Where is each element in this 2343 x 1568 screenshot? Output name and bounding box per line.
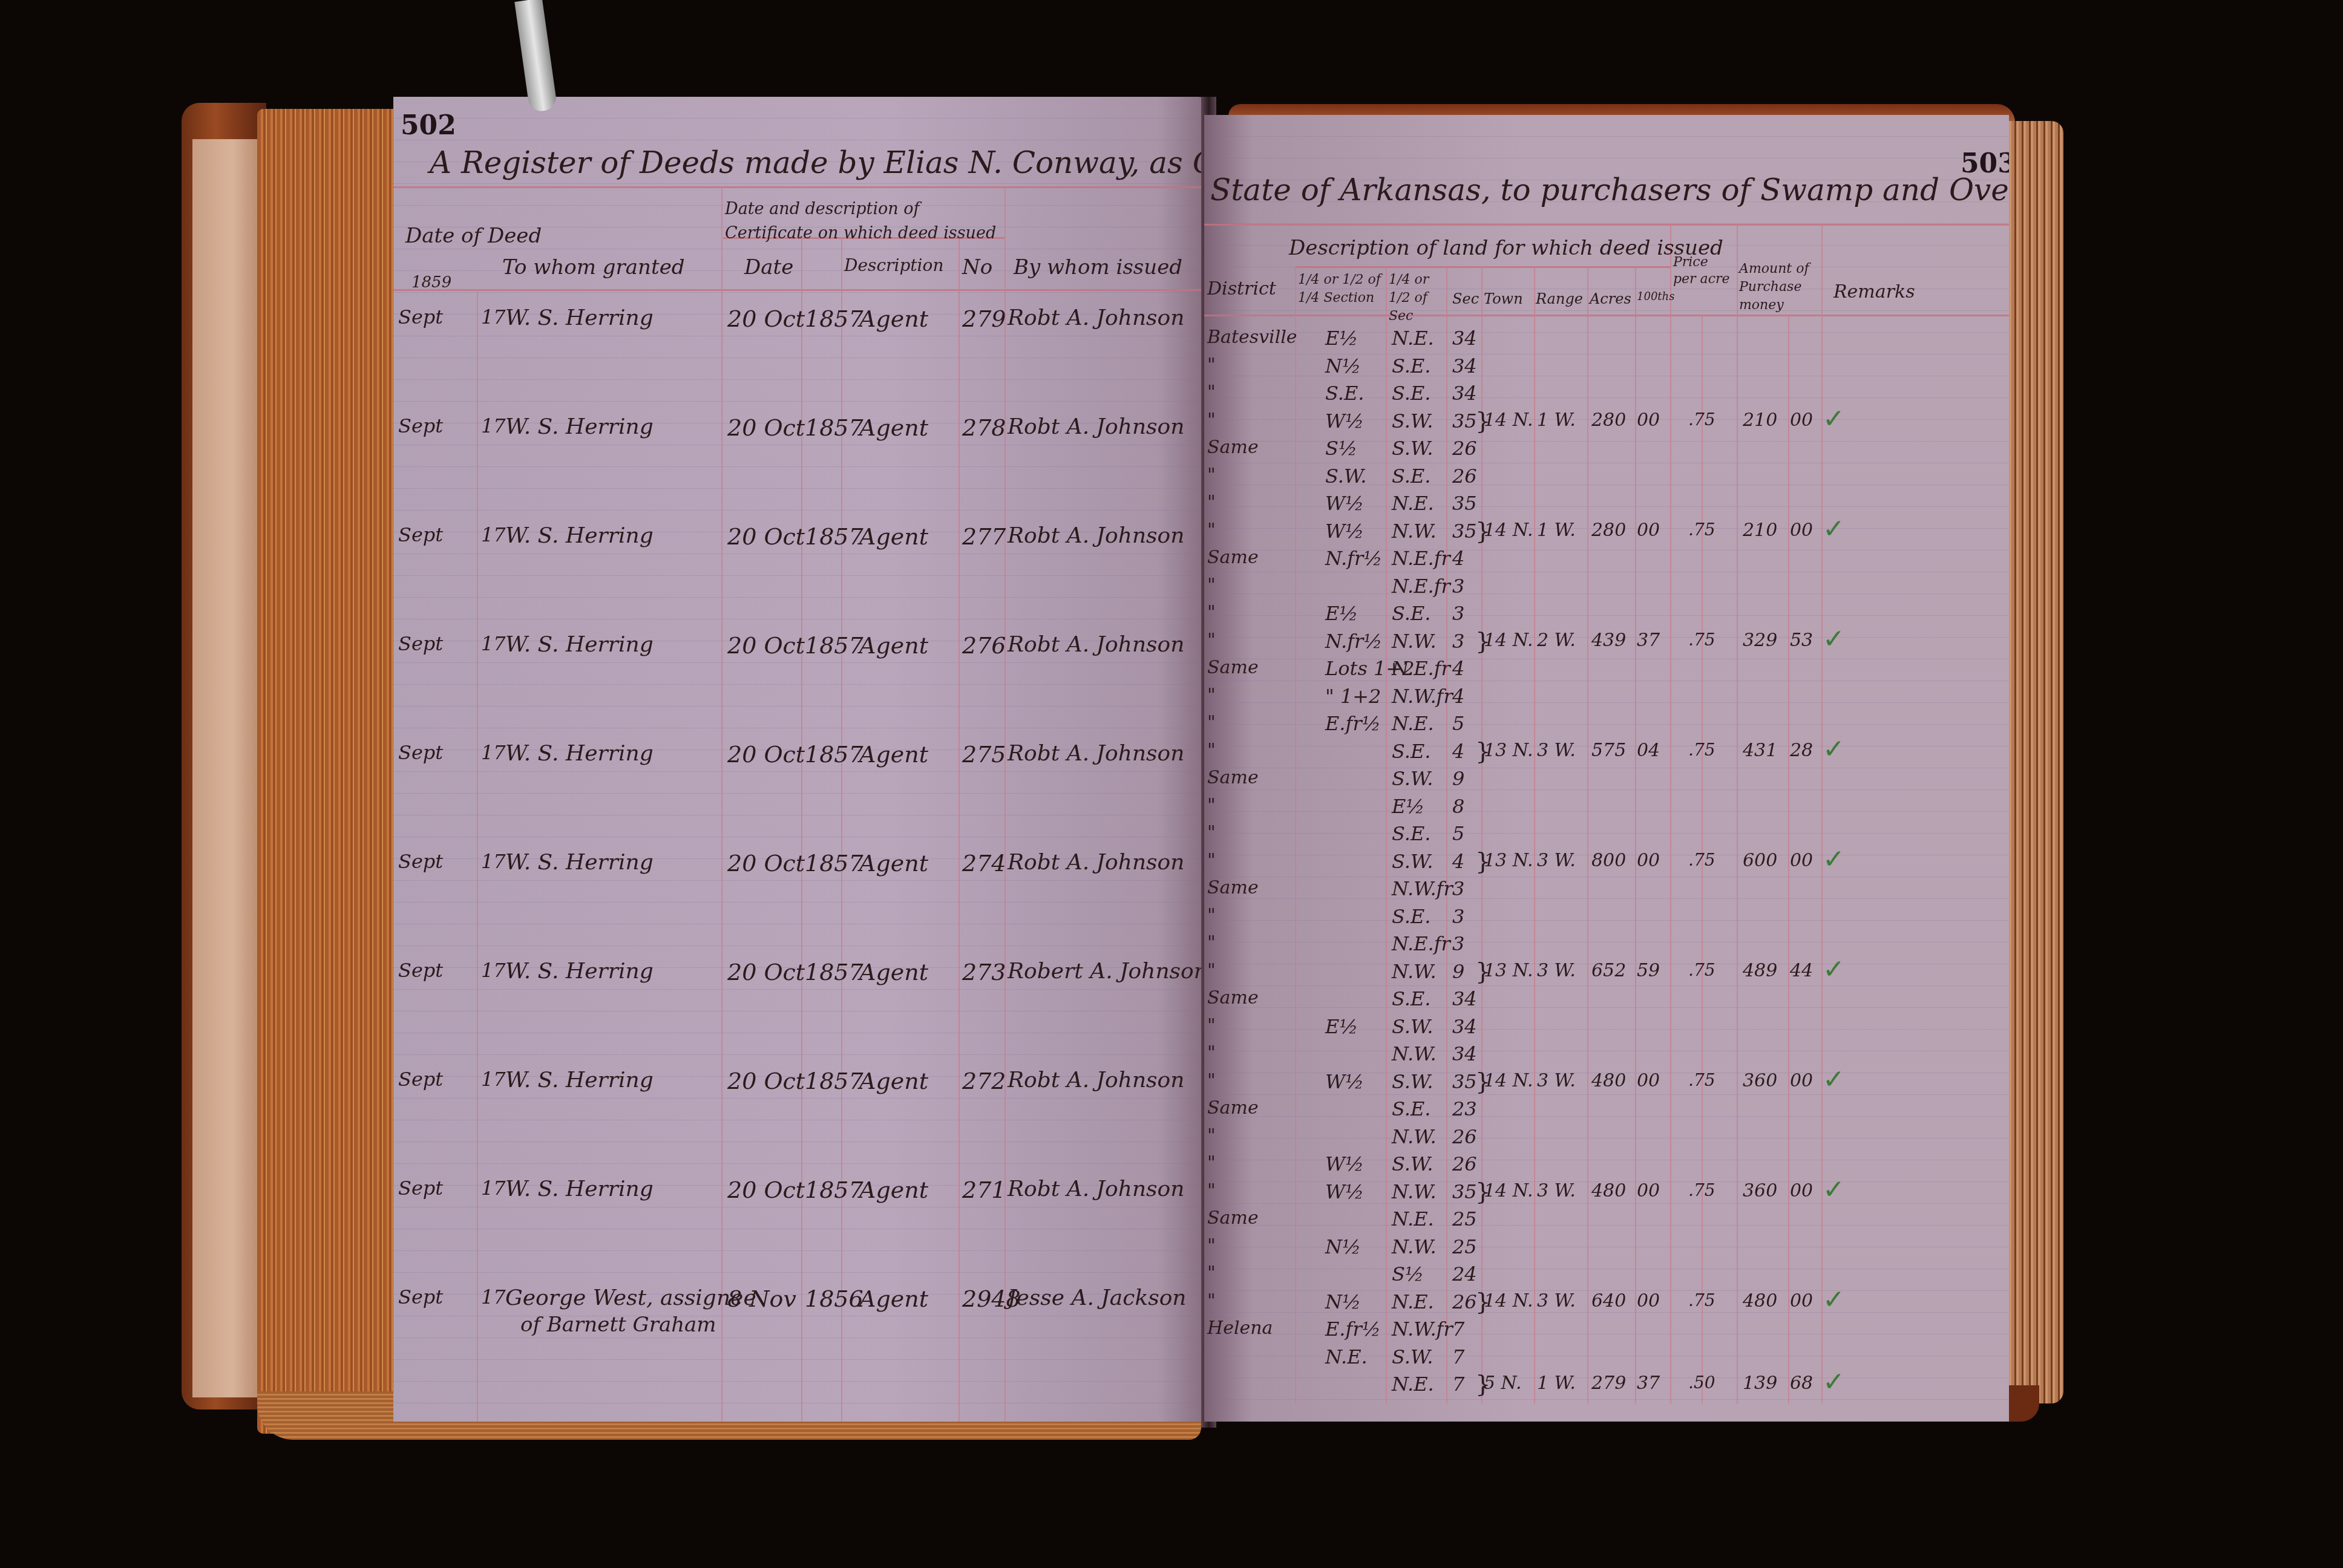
line-quarter: S.E. [1392, 905, 1430, 928]
entry-issued-by: Robert A. Johnson [1008, 959, 1208, 984]
entry-cert-date: 20 Oct [727, 741, 805, 768]
col-divider [1481, 266, 1483, 1403]
header-description: Description [844, 255, 943, 275]
entry-day: 17 [481, 741, 506, 764]
header-district: District [1207, 278, 1276, 299]
line-district: " [1207, 795, 1216, 816]
line-part-of-section: N½ [1325, 1290, 1361, 1313]
line-quarter: N.E. [1392, 492, 1434, 515]
header-part-of-section: 1/4 or 1/2 of 1/4 Section [1298, 271, 1383, 307]
line-district: Batesville [1207, 327, 1297, 348]
line-part-of-section: E.fr½ [1325, 712, 1381, 735]
line-quarter: N.W.fr [1392, 877, 1453, 900]
line-section: 4 [1452, 657, 1464, 680]
line-quarter: S½ [1392, 1263, 1424, 1285]
line-quarter: S.W. [1392, 1152, 1433, 1175]
header-certificate-group: Date and description of Certificate on w… [725, 197, 1003, 246]
line-part-of-section: N½ [1325, 1235, 1361, 1258]
line-hundredths: 59 [1637, 960, 1660, 981]
line-range: 3 W. [1537, 850, 1576, 871]
entry-month: Sept [398, 1285, 443, 1308]
line-price-per-acre: .75 [1688, 1290, 1715, 1310]
line-quarter: N.E.fr [1392, 932, 1450, 955]
line-check-mark: ✓ [1823, 734, 1845, 765]
line-district: " [1207, 354, 1216, 376]
line-district: " [1207, 1235, 1216, 1256]
col-divider [1446, 266, 1447, 1403]
entry-month: Sept [398, 741, 443, 764]
line-section: 26 [1452, 437, 1477, 460]
line-check-mark: ✓ [1823, 1174, 1845, 1205]
header-date-of-deed: Date of Deed [405, 224, 542, 248]
line-district: Helena [1207, 1318, 1273, 1339]
line-section: 35 [1452, 520, 1477, 543]
line-section: 5 [1452, 712, 1464, 735]
line-acres: 480 [1591, 1180, 1626, 1201]
header-by-whom-issued: By whom issued [1014, 255, 1182, 279]
grouping-brace: } [1475, 1068, 1490, 1096]
line-acres: 640 [1591, 1290, 1626, 1312]
line-section: 4 [1452, 547, 1464, 570]
right-page: 503 State of Arkansas, to purchasers of … [1204, 115, 2009, 1422]
line-district: " [1207, 492, 1216, 513]
line-quarter: S.W. [1392, 850, 1433, 873]
line-range: 3 W. [1537, 1290, 1576, 1312]
entry-cert-date: 20 Oct [727, 305, 805, 332]
entry-description: Agent [859, 632, 928, 659]
line-quarter: N.E.fr [1392, 547, 1450, 570]
header-rule [393, 186, 1216, 188]
line-price-per-acre: .75 [1688, 1070, 1715, 1090]
entry-number: 275 [962, 741, 1006, 768]
entry-description: Agent [859, 1177, 928, 1203]
line-quarter: S.W. [1392, 437, 1433, 460]
header-year: 1859 [411, 273, 451, 292]
header-to-whom-granted: To whom granted [502, 255, 685, 279]
entry-cert-year: 1857 [805, 959, 863, 985]
line-section: 34 [1452, 987, 1477, 1010]
grouping-brace: } [1475, 627, 1490, 655]
line-acres: 800 [1591, 850, 1626, 871]
line-range: 3 W. [1537, 960, 1576, 981]
grouping-brace: } [1475, 407, 1490, 435]
line-district: " [1207, 1070, 1216, 1091]
line-part-of-section: W½ [1325, 1152, 1364, 1175]
line-check-mark: ✓ [1823, 1284, 1845, 1315]
col-divider [1821, 224, 1823, 1403]
line-check-mark: ✓ [1823, 1064, 1845, 1095]
entry-day: 17 [481, 305, 506, 328]
line-section: 3 [1452, 905, 1464, 928]
line-section: 8 [1452, 795, 1464, 818]
line-part-of-section: S.E. [1325, 382, 1364, 405]
line-price-per-acre: .75 [1688, 1180, 1715, 1200]
line-town: 13 N. [1484, 960, 1533, 981]
line-hundredths: 37 [1637, 630, 1660, 651]
col-divider [1788, 315, 1789, 1403]
entry-number: 274 [962, 850, 1006, 877]
entry-issued-by: Robt A. Johnson [1008, 850, 1184, 875]
line-quarter: S.E. [1392, 465, 1430, 488]
line-acres: 575 [1591, 740, 1626, 761]
line-quarter: N.W. [1392, 1125, 1437, 1148]
line-hundredths: 00 [1637, 1070, 1660, 1091]
entry-day: 17 [481, 1285, 506, 1308]
entry-description: Agent [859, 741, 928, 768]
line-quarter: S.E. [1392, 987, 1430, 1010]
line-part-of-section: N.E. [1325, 1345, 1368, 1368]
line-cents: 44 [1790, 960, 1813, 981]
entry-month: Sept [398, 523, 443, 546]
line-town: 14 N. [1484, 410, 1533, 431]
grouping-brace: } [1475, 517, 1490, 545]
col-divider [1670, 224, 1671, 1403]
line-acres: 279 [1591, 1373, 1626, 1394]
line-district: Same [1207, 877, 1259, 898]
entry-month: Sept [398, 1177, 443, 1200]
line-quarter: N.W. [1392, 1235, 1437, 1258]
col-divider [1587, 266, 1588, 1403]
header-rule [1204, 224, 2009, 226]
header-acres: Acres [1590, 290, 1631, 307]
entry-cert-date: 20 Oct [727, 632, 805, 659]
line-district: Same [1207, 1207, 1259, 1229]
line-town: 14 N. [1484, 1290, 1533, 1312]
line-amount: 329 [1743, 630, 1777, 651]
line-cents: 53 [1790, 630, 1813, 651]
entry-day: 17 [481, 414, 506, 437]
line-section: 26 [1452, 1152, 1477, 1175]
line-section: 35 [1452, 410, 1477, 433]
line-quarter: N.E. [1392, 1207, 1434, 1230]
col-divider [1004, 186, 1006, 1422]
entry-grantee: George West, assignee [505, 1285, 756, 1310]
entry-grantee: W. S. Herring [505, 741, 654, 766]
entry-issued-by: Robt A. Johnson [1008, 632, 1184, 657]
line-part-of-section: E½ [1325, 327, 1358, 350]
line-part-of-section: N.fr½ [1325, 630, 1382, 653]
entry-month: Sept [398, 1068, 443, 1091]
col-divider [1534, 266, 1535, 1403]
line-district: " [1207, 1180, 1216, 1201]
entry-description: Agent [859, 1068, 928, 1094]
line-section: 4 [1452, 850, 1464, 873]
line-district: " [1207, 1042, 1216, 1063]
header-land-group: Description of land for which deed issue… [1289, 236, 1723, 260]
entry-issued-by: Robt A. Johnson [1008, 1177, 1184, 1201]
line-amount: 600 [1743, 850, 1777, 871]
entry-day: 17 [481, 632, 506, 655]
line-part-of-section: W½ [1325, 492, 1364, 515]
line-section: 34 [1452, 327, 1477, 350]
page-number: 502 [401, 110, 456, 141]
entry-cert-date: 20 Oct [727, 1177, 805, 1203]
entry-issued-by: Robt A. Johnson [1008, 305, 1184, 330]
grouping-brace: } [1475, 848, 1490, 875]
entry-cert-date: 20 Oct [727, 414, 805, 441]
entry-day: 17 [481, 1177, 506, 1200]
line-cents: 68 [1790, 1373, 1813, 1394]
line-range: 1 W. [1537, 410, 1576, 431]
line-check-mark: ✓ [1823, 403, 1845, 434]
line-district: " [1207, 1152, 1216, 1174]
entry-day: 17 [481, 850, 506, 873]
line-district: Same [1207, 437, 1259, 458]
entry-month: Sept [398, 632, 443, 655]
line-district: " [1207, 685, 1216, 706]
entry-day: 17 [481, 959, 506, 982]
entry-grantee: W. S. Herring [505, 1068, 654, 1093]
header-range: Range [1536, 290, 1583, 307]
line-acres: 439 [1591, 630, 1626, 651]
entry-issued-by: Robt A. Johnson [1008, 414, 1184, 439]
line-section: 4 [1452, 685, 1464, 708]
line-section: 34 [1452, 354, 1477, 377]
entry-number: 271 [962, 1177, 1006, 1203]
line-hundredths: 00 [1637, 410, 1660, 431]
line-district: " [1207, 850, 1216, 871]
line-cents: 00 [1790, 1180, 1813, 1201]
line-quarter: S.W. [1392, 1015, 1433, 1038]
grouping-brace: } [1475, 1370, 1490, 1398]
line-quarter: S.E. [1392, 822, 1430, 845]
line-price-per-acre: .75 [1688, 410, 1715, 430]
entry-number: 276 [962, 632, 1006, 659]
line-district: " [1207, 1125, 1216, 1146]
line-section: 5 [1452, 822, 1464, 845]
line-district: " [1207, 1290, 1216, 1312]
grouping-brace: } [1475, 1178, 1490, 1206]
line-check-mark: ✓ [1823, 1367, 1845, 1397]
line-quarter: N.W. [1392, 520, 1437, 543]
line-district: " [1207, 905, 1216, 926]
col-divider [477, 289, 478, 1422]
line-range: 1 W. [1537, 520, 1576, 541]
line-part-of-section: S½ [1325, 437, 1357, 460]
line-district: " [1207, 465, 1216, 486]
entry-grantee: W. S. Herring [505, 850, 654, 875]
entry-number: 279 [962, 305, 1006, 332]
line-acres: 280 [1591, 410, 1626, 431]
line-district: " [1207, 575, 1216, 596]
line-town: 14 N. [1484, 1180, 1533, 1201]
line-amount: 489 [1743, 960, 1777, 981]
entry-cert-year: 1857 [805, 850, 863, 877]
entry-issued-by: Jesse A. Jackson [1008, 1285, 1187, 1310]
col-divider [958, 237, 960, 1422]
line-price-per-acre: .50 [1688, 1373, 1715, 1393]
line-section: 35 [1452, 1180, 1477, 1203]
left-page: 502 A Register of Deeds made by Elias N.… [393, 97, 1216, 1422]
grouping-brace: } [1475, 958, 1490, 985]
line-section: 3 [1452, 630, 1464, 653]
line-part-of-section: W½ [1325, 520, 1364, 543]
line-section: 3 [1452, 877, 1464, 900]
entry-cert-year: 1857 [805, 414, 863, 441]
header-remarks: Remarks [1833, 281, 1915, 302]
line-cents: 00 [1790, 520, 1813, 541]
line-district: " [1207, 932, 1216, 953]
col-divider [1635, 266, 1636, 1403]
line-hundredths: 00 [1637, 850, 1660, 871]
entry-issued-by: Robt A. Johnson [1008, 1068, 1184, 1093]
entry-number: 277 [962, 523, 1006, 550]
line-check-mark: ✓ [1823, 624, 1845, 655]
line-amount: 480 [1743, 1290, 1777, 1312]
line-quarter: S.E. [1392, 354, 1430, 377]
page-title: State of Arkansas, to purchasers of Swam… [1210, 172, 2009, 207]
line-district: " [1207, 410, 1216, 431]
line-district: " [1207, 602, 1216, 623]
entry-grantee: W. S. Herring [505, 959, 654, 984]
line-town: 14 N. [1484, 630, 1533, 651]
entry-month: Sept [398, 305, 443, 328]
header-amount: Amount of Purchase money [1739, 260, 1818, 315]
entry-month: Sept [398, 850, 443, 873]
header-price: Price per acre [1673, 254, 1734, 288]
page-edges-left [257, 109, 396, 1434]
line-quarter: N.W.fr [1392, 1318, 1453, 1341]
line-quarter: N.W. [1392, 1180, 1437, 1203]
entry-grantee: W. S. Herring [505, 305, 654, 330]
line-section: 35 [1452, 1070, 1477, 1093]
entry-cert-year: 1857 [805, 1177, 863, 1203]
line-amount: 360 [1743, 1070, 1777, 1091]
flyleaf [192, 139, 259, 1397]
entry-cert-year: 1857 [805, 632, 863, 659]
line-price-per-acre: .75 [1688, 630, 1715, 650]
line-section: 9 [1452, 767, 1464, 790]
line-part-of-section: E½ [1325, 602, 1358, 625]
line-quarter: S.E. [1392, 602, 1430, 625]
line-section: 23 [1452, 1097, 1477, 1120]
entry-cert-date: 20 Oct [727, 959, 805, 985]
line-district: Same [1207, 1097, 1259, 1119]
line-acres: 280 [1591, 520, 1626, 541]
entry-cert-year: 1857 [805, 1068, 863, 1094]
entry-day: 17 [481, 523, 506, 546]
entry-month: Sept [398, 414, 443, 437]
line-district: Same [1207, 767, 1259, 788]
line-town: 13 N. [1484, 850, 1533, 871]
line-hundredths: 00 [1637, 1290, 1660, 1312]
entry-cert-year: 1857 [805, 523, 863, 550]
line-part-of-section: E½ [1325, 1015, 1358, 1038]
line-quarter: S.E. [1392, 1097, 1430, 1120]
line-acres: 480 [1591, 1070, 1626, 1091]
grouping-brace: } [1475, 1288, 1490, 1316]
line-section: 26 [1452, 1125, 1477, 1148]
line-quarter: E½ [1392, 795, 1424, 818]
entry-cert-date: 20 Oct [727, 1068, 805, 1094]
entry-grantee: W. S. Herring [505, 1177, 654, 1201]
header-sec: Sec [1452, 290, 1479, 307]
line-part-of-section: S.W. [1325, 465, 1366, 488]
line-cents: 00 [1790, 1290, 1813, 1312]
col-divider [1295, 266, 1296, 1403]
line-cents: 28 [1790, 740, 1813, 761]
line-quarter: S.W. [1392, 410, 1433, 433]
entry-description: Agent [859, 850, 928, 877]
line-part-of-section: E.fr½ [1325, 1318, 1381, 1341]
entry-grantee: W. S. Herring [505, 414, 654, 439]
line-amount: 210 [1743, 520, 1777, 541]
line-amount: 139 [1743, 1373, 1777, 1394]
line-range: 3 W. [1537, 740, 1576, 761]
line-part-of-section: N.fr½ [1325, 547, 1382, 570]
entry-number: 272 [962, 1068, 1006, 1094]
col-divider [1737, 224, 1738, 1403]
line-quarter: S.W. [1392, 1070, 1433, 1093]
header-town: Town [1484, 290, 1523, 307]
entry-day: 17 [481, 1068, 506, 1091]
line-section: 3 [1452, 575, 1464, 598]
line-quarter: S.E. [1392, 740, 1430, 763]
line-section: 34 [1452, 382, 1477, 405]
line-section: 34 [1452, 1042, 1477, 1065]
line-district: " [1207, 1015, 1216, 1036]
line-part-of-section: W½ [1325, 410, 1364, 433]
line-district: " [1207, 740, 1216, 761]
entry-cert-year: 1857 [805, 305, 863, 332]
line-section: 26 [1452, 1290, 1477, 1313]
line-district: Same [1207, 657, 1259, 678]
entry-description: Agent [859, 305, 928, 332]
line-amount: 210 [1743, 410, 1777, 431]
line-check-mark: ✓ [1823, 844, 1845, 875]
col-divider [721, 186, 723, 1422]
line-quarter: N.W. [1392, 960, 1437, 983]
line-check-mark: ✓ [1823, 514, 1845, 544]
line-district: " [1207, 960, 1216, 981]
line-part-of-section: " 1+2 [1325, 685, 1381, 708]
line-cents: 00 [1790, 850, 1813, 871]
line-section: 7 [1452, 1373, 1464, 1396]
line-quarter: S.W. [1392, 767, 1433, 790]
line-section: 26 [1452, 465, 1477, 488]
line-district: " [1207, 630, 1216, 651]
header-bottom-rule [393, 289, 1216, 291]
line-price-per-acre: .75 [1688, 520, 1715, 540]
line-section: 4 [1452, 740, 1464, 763]
line-range: 1 W. [1537, 1373, 1576, 1394]
entry-cert-date: 20 Oct [727, 523, 805, 550]
line-section: 7 [1452, 1345, 1464, 1368]
line-hundredths: 00 [1637, 520, 1660, 541]
entry-number: 273 [962, 959, 1006, 985]
line-town: 14 N. [1484, 520, 1533, 541]
entry-description: Agent [859, 1285, 928, 1312]
entry-cert-date: 20 Oct [727, 850, 805, 877]
header-date: Date [744, 255, 793, 279]
entry-number: 278 [962, 414, 1006, 441]
line-section: 9 [1452, 960, 1464, 983]
entry-issued-by: Robt A. Johnson [1008, 523, 1184, 548]
line-quarter: N.E. [1392, 327, 1434, 350]
line-price-per-acre: .75 [1688, 960, 1715, 980]
line-range: 2 W. [1537, 630, 1576, 651]
line-amount: 431 [1743, 740, 1777, 761]
line-section: 3 [1452, 602, 1464, 625]
line-cents: 00 [1790, 410, 1813, 431]
entry-description: Agent [859, 414, 928, 441]
line-town: 14 N. [1484, 1070, 1533, 1091]
line-price-per-acre: .75 [1688, 740, 1715, 760]
line-section: 34 [1452, 1015, 1477, 1038]
line-district: " [1207, 822, 1216, 843]
line-hundredths: 00 [1637, 1180, 1660, 1201]
col-divider [1386, 266, 1387, 1403]
